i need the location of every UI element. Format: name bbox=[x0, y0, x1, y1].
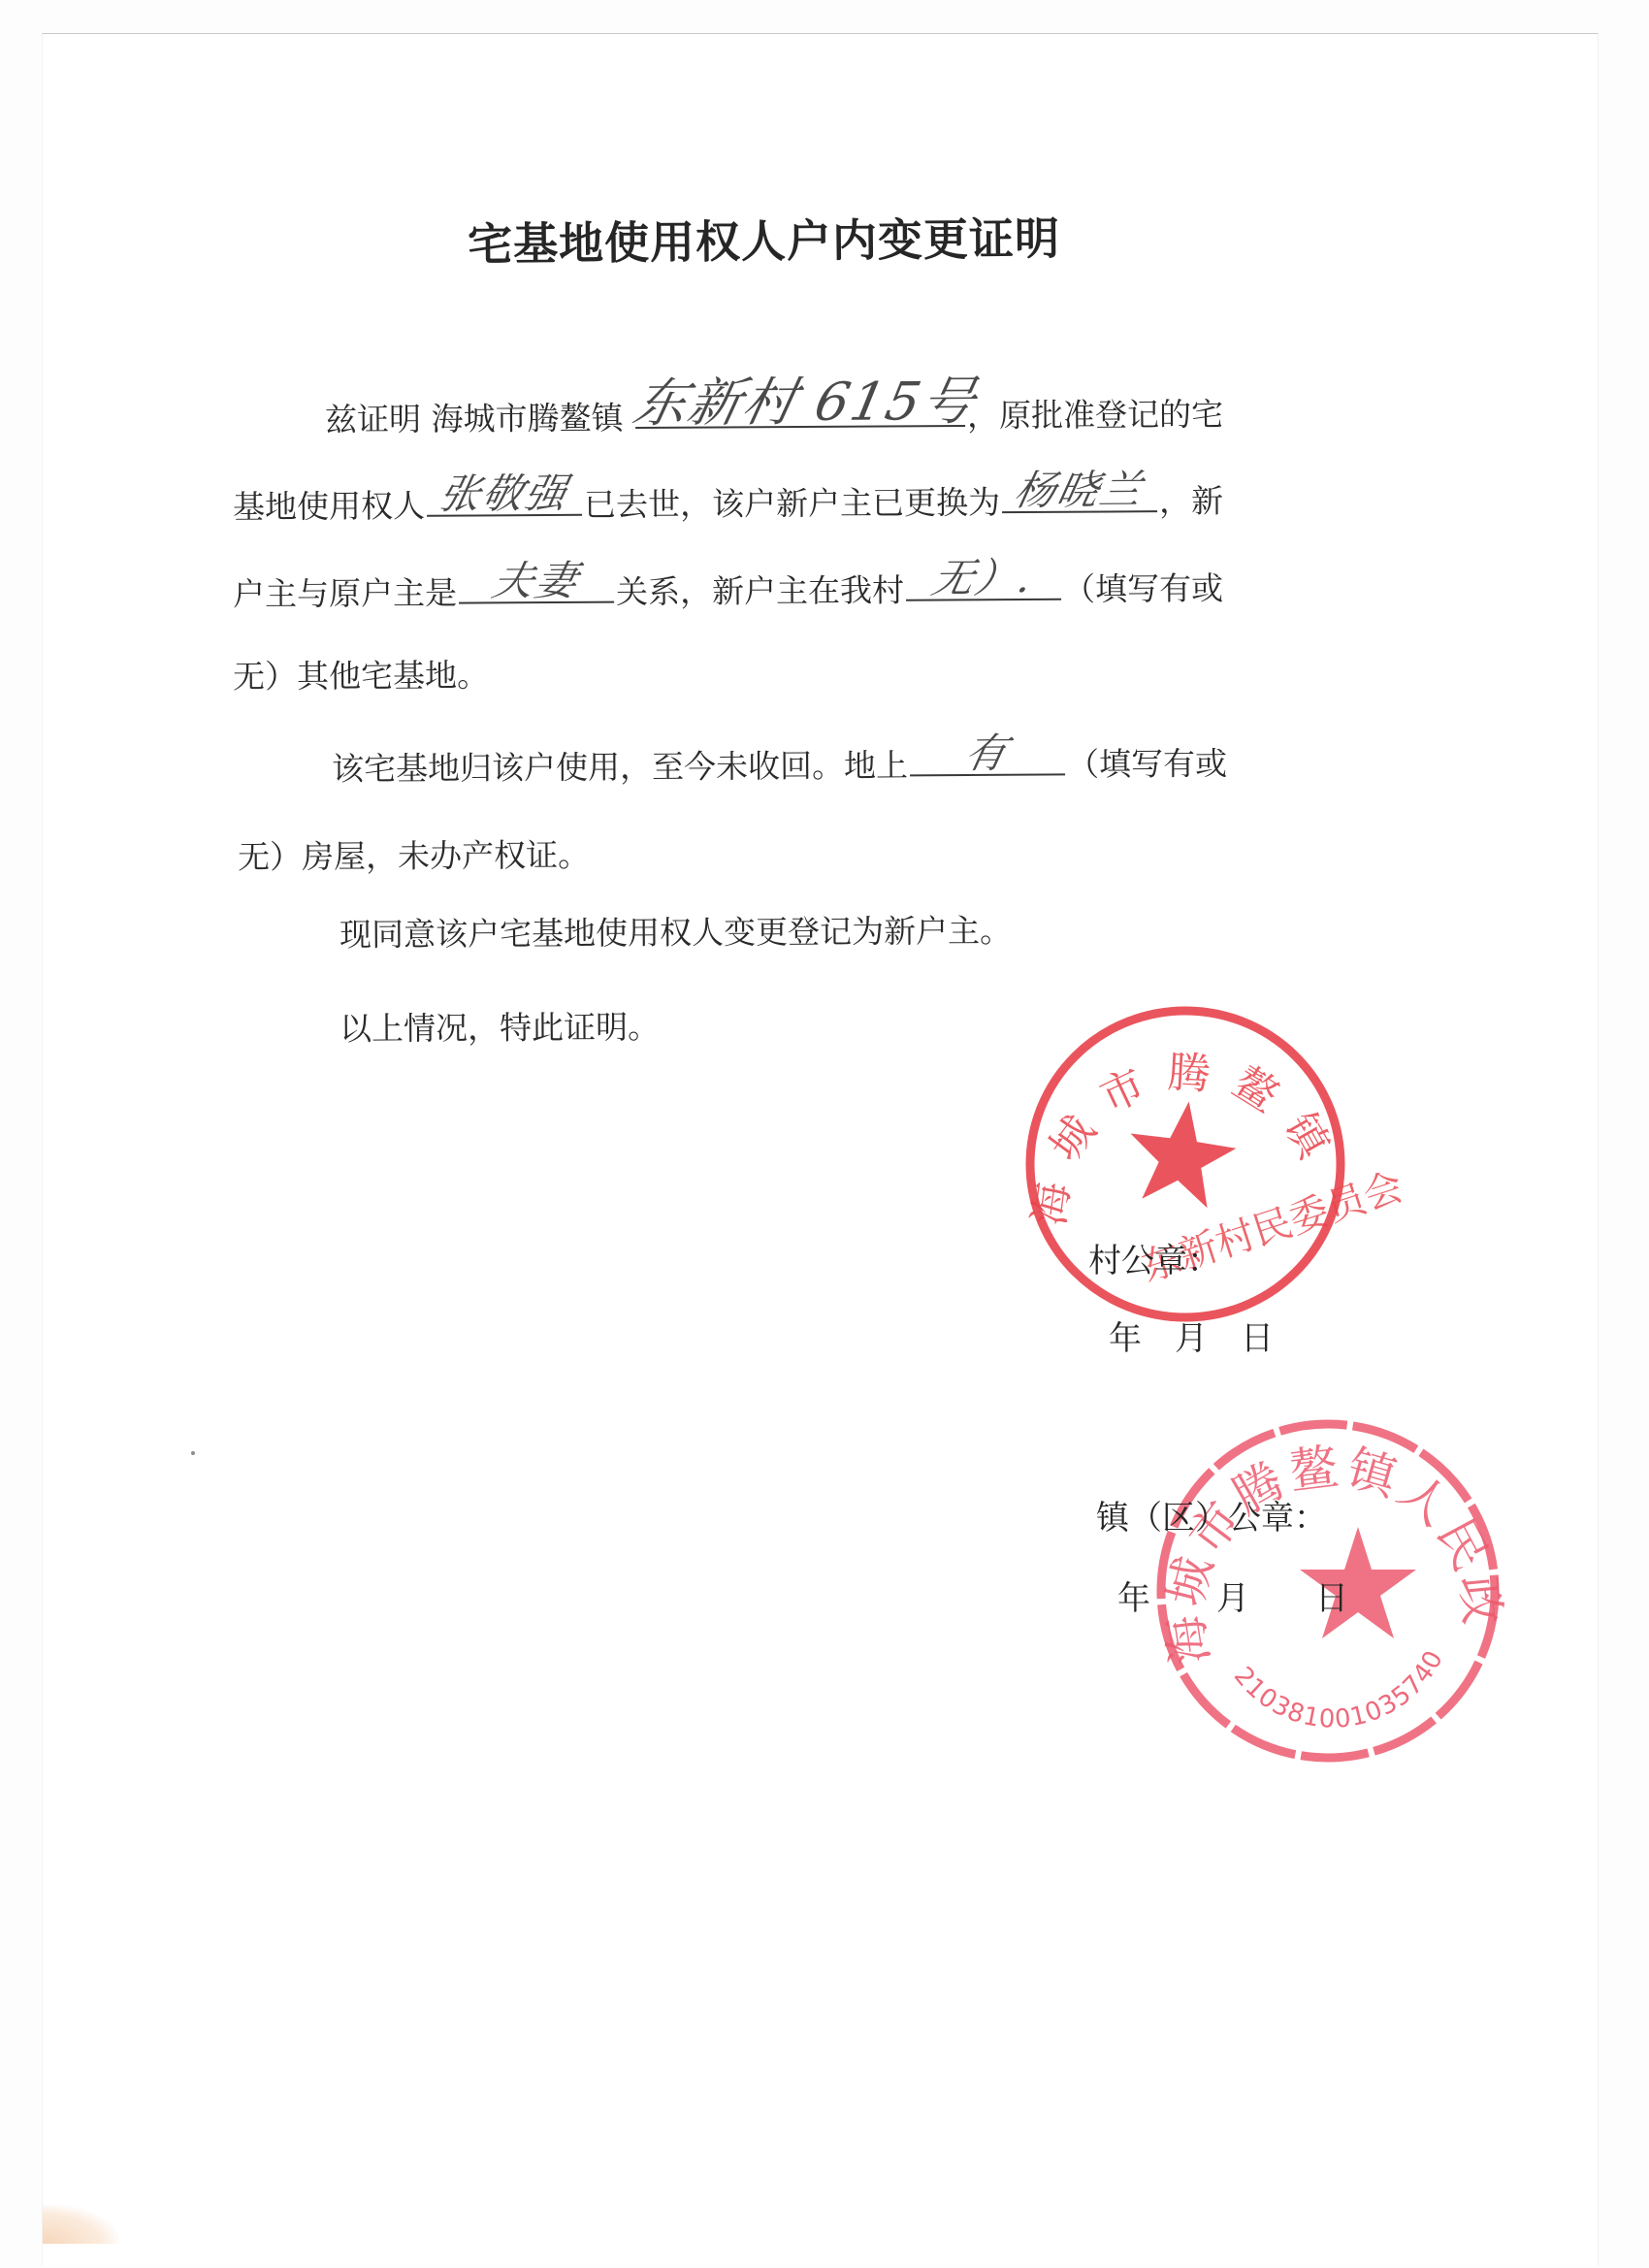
handwritten-house: 有 bbox=[904, 721, 1071, 780]
para4: 以上情况，特此证明。 bbox=[339, 1002, 660, 1050]
para2-line1: 该宅基地归该户使用，至今未收回。地上 有 （填写有或 bbox=[332, 733, 1227, 790]
static-text: ，原批准登记的宅 bbox=[967, 395, 1223, 435]
handwritten-other-homestead: 无）. bbox=[900, 546, 1067, 605]
town-seal-date: 年 月 日 bbox=[1117, 1571, 1348, 1619]
new-holder-field[interactable]: 杨晓兰 bbox=[1002, 471, 1157, 513]
para1-line3: 户主与原户主是 夫妻 关系，新户主在我村 无）. （填写有或 bbox=[233, 559, 1223, 615]
handwritten-address: 东新村 615号 bbox=[628, 360, 973, 437]
static-text: 基地使用权人 bbox=[233, 487, 425, 526]
house-field[interactable]: 有 bbox=[910, 734, 1065, 776]
document-title: 宅基地使用权人户内变更证明 bbox=[468, 204, 1061, 274]
relationship-field[interactable]: 夫妻 bbox=[459, 563, 614, 604]
scan-speck bbox=[191, 1451, 195, 1455]
handwritten-new-holder: 杨晓兰 bbox=[996, 458, 1163, 517]
static-text: 已去世，该户新户主已更换为 bbox=[584, 483, 1000, 524]
para1-line2: 基地使用权人 张敬强 已去世，该户新户主已更换为 杨晓兰 ，新 bbox=[233, 471, 1223, 528]
handwritten-original-holder: 张敬强 bbox=[421, 462, 588, 521]
static-text: 户主与原户主是 bbox=[233, 574, 457, 613]
para2-line2: 无）房屋，未办产权证。 bbox=[238, 830, 590, 878]
static-text: ，新 bbox=[1159, 482, 1223, 520]
static-text: 该宅基地归该户使用，至今未收回。地上 bbox=[332, 746, 908, 788]
static-text: 兹证明 海城市腾鳌镇 bbox=[325, 399, 624, 438]
static-text: （填写有或 bbox=[1067, 744, 1227, 783]
original-holder-field[interactable]: 张敬强 bbox=[427, 475, 582, 517]
handwritten-relationship: 夫妻 bbox=[453, 549, 620, 608]
town-seal-label: 镇（区）公章： bbox=[1096, 1491, 1327, 1539]
static-text: （填写有或 bbox=[1063, 569, 1223, 608]
village-seal-date: 年 月 日 bbox=[1109, 1312, 1274, 1359]
static-text: 关系，新户主在我村 bbox=[616, 571, 904, 611]
para1-line1: 兹证明 海城市腾鳌镇 东新村 615号 ，原批准登记的宅 bbox=[325, 384, 1223, 440]
para1-line4: 无）其他宅基地。 bbox=[233, 650, 489, 697]
address-field[interactable]: 东新村 615号 bbox=[635, 386, 965, 429]
other-homestead-field[interactable]: 无）. bbox=[906, 560, 1061, 601]
village-seal-label: 村公章： bbox=[1088, 1234, 1220, 1281]
para3: 现同意该户宅基地使用权人变更登记为新户主。 bbox=[339, 906, 1012, 956]
scan-stain bbox=[43, 2205, 118, 2244]
